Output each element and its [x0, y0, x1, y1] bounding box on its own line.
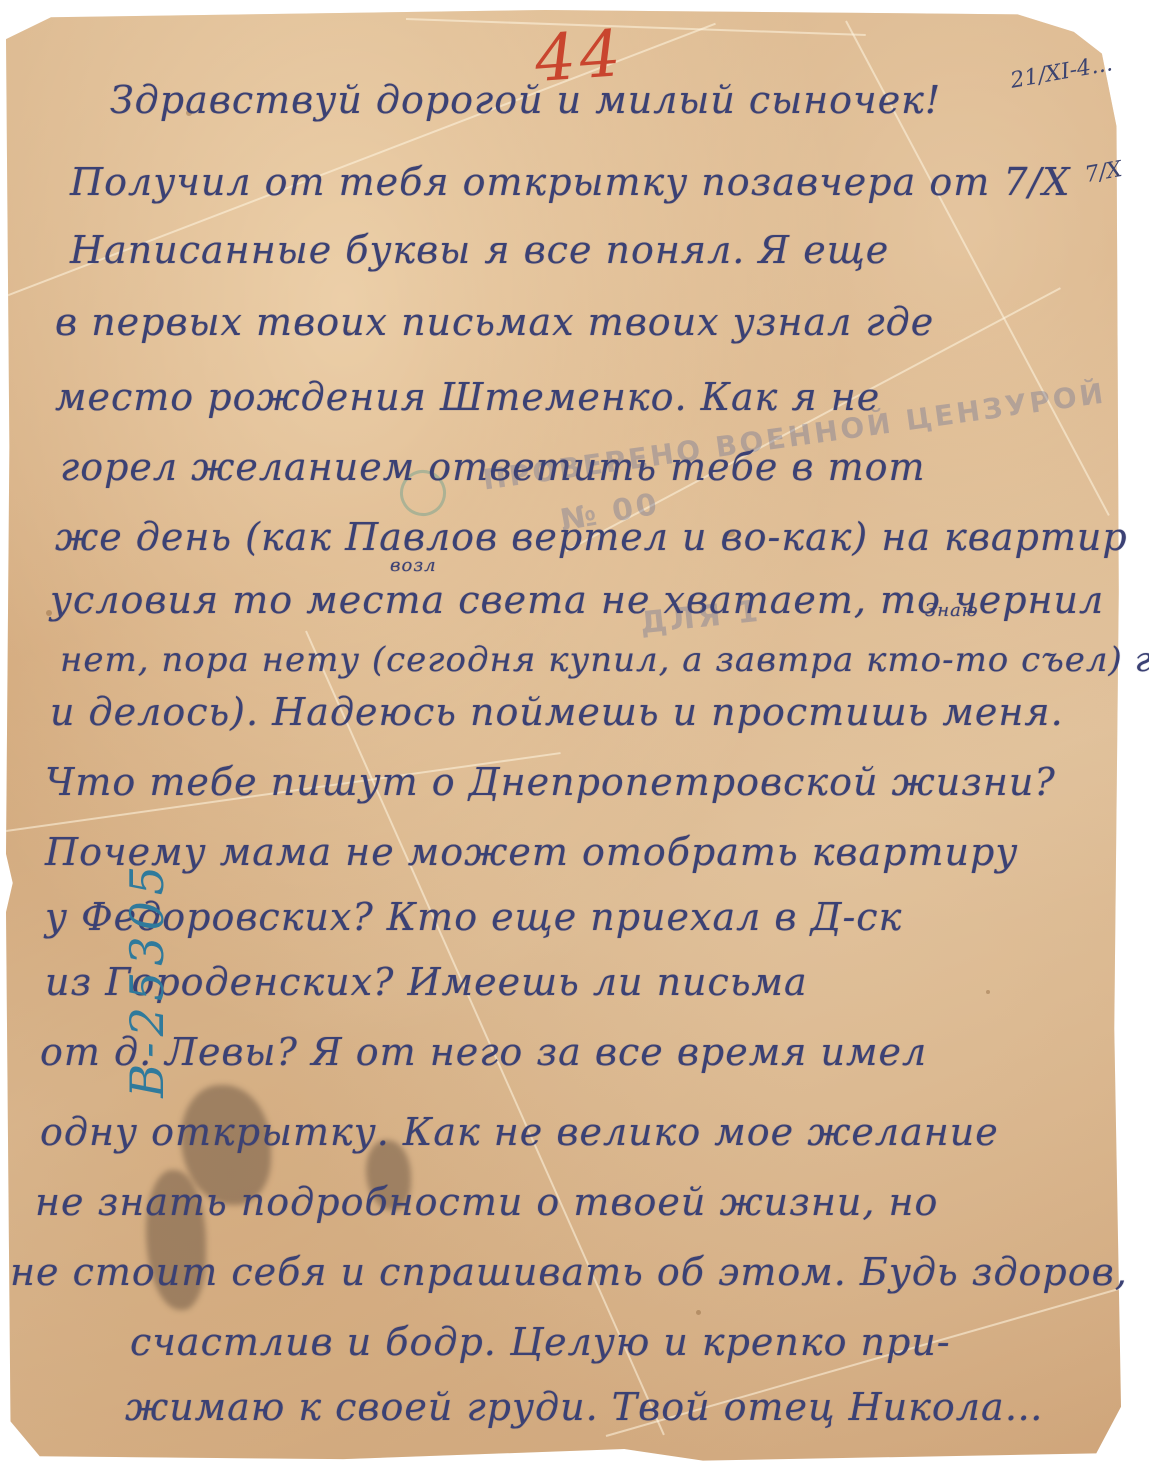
interlinear-note: возл — [390, 555, 437, 576]
letter-line-7: же день (как Павлов вертел и во-как) на … — [55, 515, 1128, 559]
fold-crease — [406, 18, 866, 36]
paper-speck — [986, 990, 990, 994]
letter-line-9: нет, пора нету (сегодня купил, а завтра … — [60, 640, 1149, 680]
letter-line-20: жимаю к своей груди. Твой отец Никола… — [125, 1385, 1044, 1429]
margin-annotation: В-25305 — [120, 860, 174, 1098]
letter-line-4: в первых твоих письмах твоих узнал где — [55, 300, 934, 344]
letter-line-11: Что тебе пишут о Днепропетровской жизни? — [45, 760, 1056, 804]
letter-line-2: Получил от тебя открытку позавчера от 7/… — [70, 160, 1070, 204]
letter-line-18: не стоит себя и спрашивать об этом. Будь… — [10, 1250, 1128, 1294]
letter-line-6: горел желанием ответить тебе в тот — [60, 445, 926, 489]
letter-line-19: счастлив и бодр. Целую и крепко при- — [130, 1320, 951, 1364]
letter-line-1: Здравствуй дорогой и милый сыночек! — [110, 78, 941, 122]
letter-line-5: место рождения Штеменко. Как я не — [55, 375, 880, 419]
paper-speck — [696, 1310, 701, 1315]
letter-line-16: одну открытку. Как не велико мое желание — [40, 1110, 999, 1154]
letter-line-12: Почему мама не может отобрать квартиру — [45, 830, 1018, 874]
letter-line-10: и делось). Надеюсь поймешь и простишь ме… — [50, 690, 1064, 734]
date-annotation-secondary: 7/X — [1083, 157, 1124, 188]
letter-line-17: не знать подробности о твоей жизни, но — [35, 1180, 938, 1224]
interlinear-note: Знаю — [925, 600, 979, 621]
letter-line-3: Написанные буквы я все понял. Я еще — [70, 228, 889, 272]
